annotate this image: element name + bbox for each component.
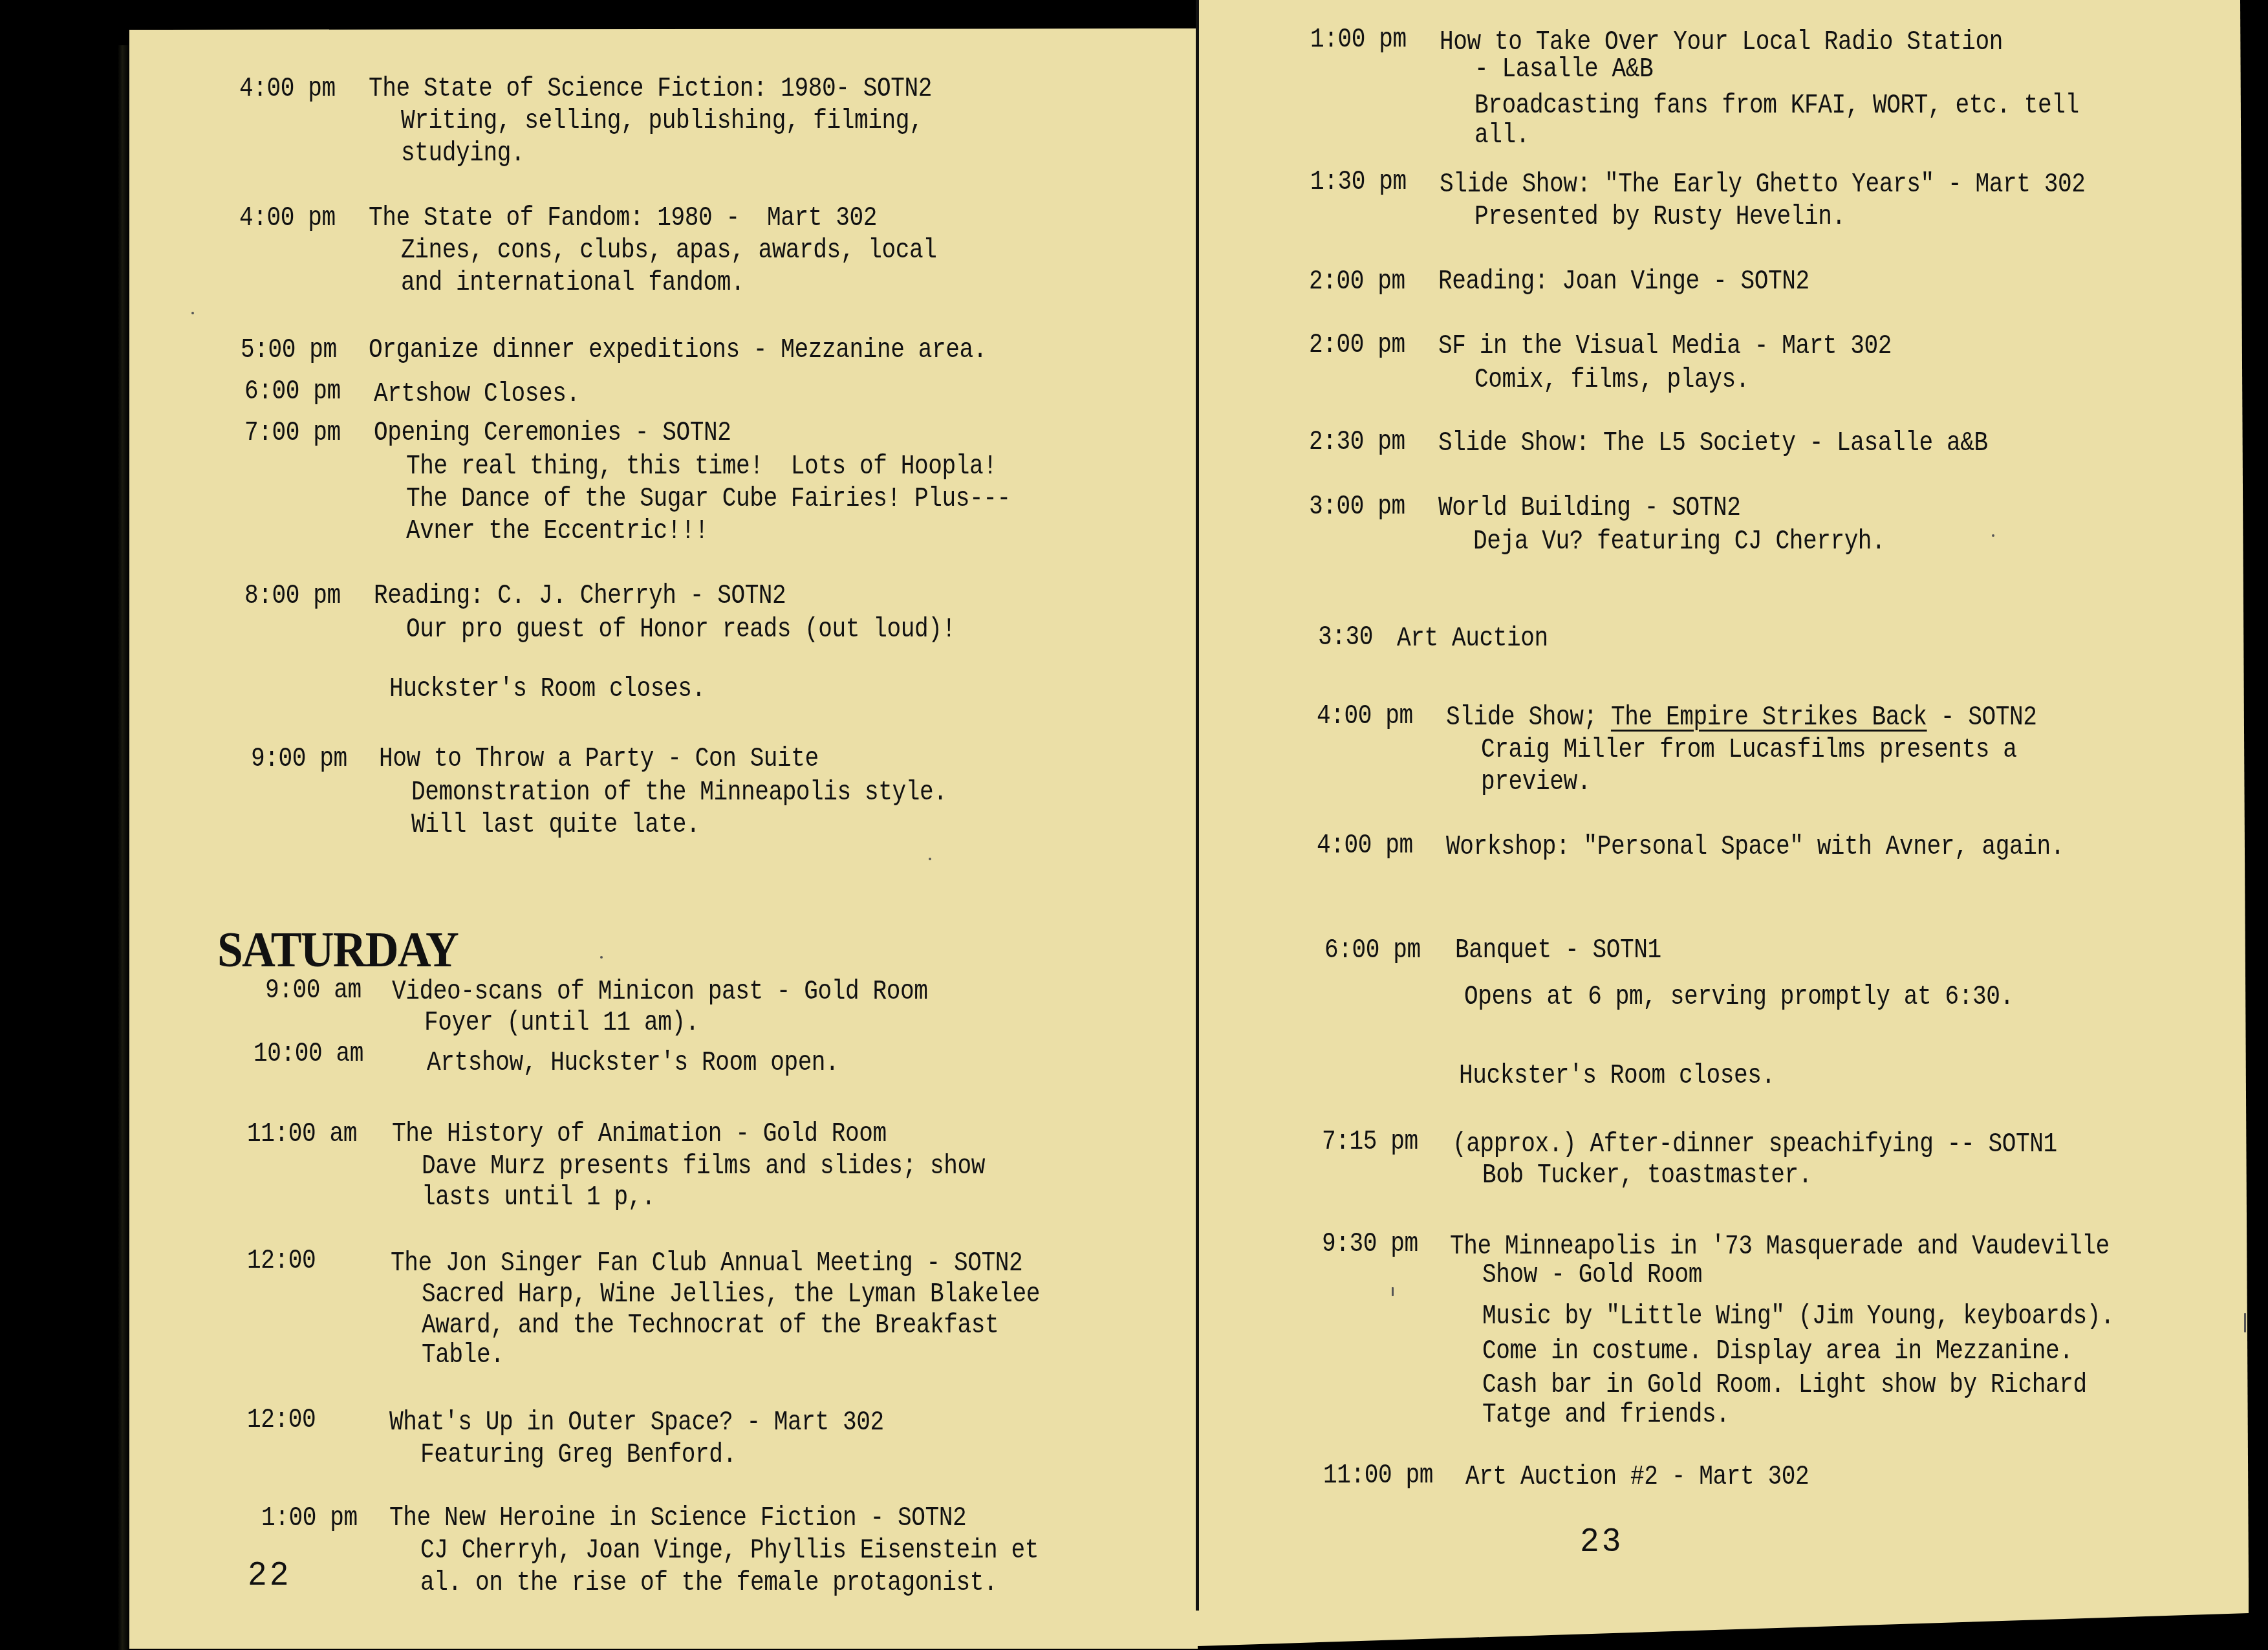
- event-title: Art Auction: [1397, 622, 1548, 655]
- event-time: 12:00: [247, 1404, 316, 1436]
- event-time: 4:00 pm: [239, 72, 336, 105]
- event-time: 11:00 am: [247, 1118, 357, 1150]
- event-desc: CJ Cherryh, Joan Vinge, Phyllis Eisenste…: [420, 1534, 1039, 1567]
- event-title: What's Up in Outer Space? - Mart 302: [389, 1406, 884, 1438]
- day-heading-saturday: SATURDAY: [217, 924, 458, 975]
- event-title: Slide Show: The L5 Society - Lasalle a&B: [1438, 427, 1988, 459]
- event-time: 2:00 pm: [1309, 265, 1405, 298]
- page-number-right: 23: [1581, 1521, 1625, 1559]
- event-title: Huckster's Room closes.: [389, 673, 706, 705]
- event-time: 2:30 pm: [1309, 426, 1405, 458]
- event-title: Organize dinner expeditions - Mezzanine …: [369, 334, 987, 366]
- binding-shadow: [118, 45, 129, 1650]
- event-desc: Demonstration of the Minneapolis style.: [411, 776, 947, 809]
- scan-speck: [191, 312, 194, 314]
- event-title: Slide Show; The Empire Strikes Back - SO…: [1446, 701, 2037, 733]
- event-desc: Avner the Eccentric!!!: [406, 515, 708, 547]
- event-title: SF in the Visual Media - Mart 302: [1438, 330, 1892, 362]
- event-time: 6:00 pm: [1324, 934, 1421, 966]
- event-desc: studying.: [401, 137, 524, 169]
- event-time: 7:15 pm: [1322, 1125, 1418, 1158]
- event-desc: preview.: [1481, 766, 1591, 798]
- event-time: 4:00 pm: [1317, 700, 1413, 732]
- event-desc: Craig Miller from Lucasfilms presents a: [1481, 733, 2017, 766]
- event-desc: Broadcasting fans from KFAI, WORT, etc. …: [1474, 89, 2079, 122]
- event-title: Workshop: "Personal Space" with Avner, a…: [1446, 830, 2064, 863]
- event-time: 1:00 pm: [261, 1502, 358, 1534]
- event-desc: Show - Gold Room: [1482, 1259, 1702, 1291]
- event-title: How to Throw a Party - Con Suite: [379, 743, 819, 775]
- event-desc: Our pro guest of Honor reads (out loud)!: [406, 613, 956, 646]
- event-title: Artshow, Huckster's Room open.: [427, 1047, 839, 1079]
- event-desc: Cash bar in Gold Room. Light show by Ric…: [1482, 1369, 2087, 1401]
- event-time: 3:30: [1318, 621, 1373, 653]
- event-title: The Jon Singer Fan Club Annual Meeting -…: [391, 1247, 1022, 1279]
- event-title-prefix: Slide Show;: [1446, 702, 1611, 733]
- event-time: 4:00 pm: [239, 202, 336, 234]
- event-title: Opening Ceremonies - SOTN2: [374, 417, 731, 449]
- event-time: 5:00 pm: [241, 334, 337, 366]
- event-desc: Award, and the Technocrat of the Breakfa…: [422, 1309, 999, 1341]
- event-time: 12:00: [247, 1244, 316, 1277]
- event-title: Reading: Joan Vinge - SOTN2: [1438, 265, 1809, 298]
- event-time: 6:00 pm: [244, 375, 341, 407]
- event-desc: Music by "Little Wing" (Jim Young, keybo…: [1482, 1300, 2114, 1332]
- scan-speck: [2244, 1313, 2246, 1332]
- event-desc: and international fandom.: [401, 266, 744, 299]
- event-time: 2:00 pm: [1309, 329, 1405, 361]
- event-title: The State of Science Fiction: 1980- SOTN…: [369, 72, 932, 105]
- event-title: Huckster's Room closes.: [1459, 1059, 1775, 1092]
- event-time: 9:00 am: [265, 974, 362, 1006]
- event-title: (approx.) After-dinner speachifying -- S…: [1453, 1128, 2057, 1160]
- event-desc: al. on the rise of the female protagonis…: [420, 1567, 997, 1599]
- event-desc: Sacred Harp, Wine Jellies, the Lyman Bla…: [422, 1278, 1040, 1310]
- event-time: 10:00 am: [254, 1037, 363, 1070]
- event-title-suffix: - SOTN2: [1927, 702, 2037, 733]
- event-desc: Presented by Rusty Hevelin.: [1474, 201, 1846, 233]
- event-time: 4:00 pm: [1317, 829, 1413, 862]
- event-time: 11:00 pm: [1323, 1459, 1433, 1492]
- page-gutter-divider: [1196, 0, 1199, 1611]
- event-title: The New Heroine in Science Fiction - SOT…: [389, 1502, 966, 1534]
- scan-speck: [600, 956, 603, 959]
- event-time: 9:00 pm: [251, 743, 347, 775]
- event-desc: Opens at 6 pm, serving promptly at 6:30.: [1464, 981, 2014, 1013]
- event-desc: lasts until 1 p,.: [422, 1181, 655, 1213]
- event-title: Art Auction #2 - Mart 302: [1465, 1460, 1809, 1493]
- event-desc: Featuring Greg Benford.: [420, 1438, 737, 1471]
- event-desc: Writing, selling, publishing, filming,: [401, 105, 923, 137]
- event-desc: all.: [1474, 119, 1529, 151]
- event-title: Reading: C. J. Cherryh - SOTN2: [374, 580, 786, 612]
- event-desc: Will last quite late.: [411, 809, 700, 841]
- event-title: The Minneapolis in '73 Masquerade and Va…: [1450, 1230, 2110, 1263]
- event-title: The State of Fandom: 1980 - Mart 302: [369, 202, 877, 234]
- scan-speck: [929, 858, 931, 860]
- event-title: Slide Show: "The Early Ghetto Years" - M…: [1440, 168, 2086, 201]
- event-desc: Zines, cons, clubs, apas, awards, local: [401, 234, 937, 266]
- event-time: 9:30 pm: [1322, 1228, 1418, 1260]
- event-title: The History of Animation - Gold Room: [392, 1118, 887, 1150]
- film-title-underlined: The Empire Strikes Back: [1611, 702, 1927, 733]
- scan-speck: [1992, 534, 1994, 537]
- event-desc: Bob Tucker, toastmaster.: [1482, 1159, 1812, 1191]
- event-title: Artshow Closes.: [374, 378, 580, 410]
- event-time: 3:00 pm: [1309, 490, 1405, 523]
- scan-speck: [1392, 1287, 1394, 1296]
- event-title: World Building - SOTN2: [1438, 492, 1740, 524]
- event-time: 1:30 pm: [1310, 166, 1407, 198]
- event-time: 7:00 pm: [244, 417, 341, 449]
- page-number-left: 22: [248, 1555, 292, 1592]
- event-desc: Tatge and friends.: [1482, 1398, 1729, 1431]
- event-title: Banquet - SOTN1: [1455, 934, 1661, 966]
- event-desc: Comix, films, plays.: [1474, 364, 1749, 396]
- event-time: 1:00 pm: [1310, 23, 1407, 56]
- event-desc: Table.: [422, 1339, 504, 1371]
- event-desc: Dave Murz presents films and slides; sho…: [422, 1150, 985, 1182]
- event-time: 8:00 pm: [244, 580, 341, 612]
- event-desc: - Lasalle A&B: [1474, 53, 1653, 85]
- event-desc: The Dance of the Sugar Cube Fairies! Plu…: [406, 483, 1011, 515]
- event-desc: Deja Vu? featuring CJ Cherryh.: [1473, 525, 1885, 558]
- event-desc: The real thing, this time! Lots of Hoopl…: [406, 450, 997, 483]
- event-desc: Foyer (until 11 am).: [424, 1006, 699, 1039]
- event-desc: Come in costume. Display area in Mezzani…: [1482, 1335, 2073, 1367]
- event-title: Video-scans of Minicon past - Gold Room: [392, 975, 928, 1008]
